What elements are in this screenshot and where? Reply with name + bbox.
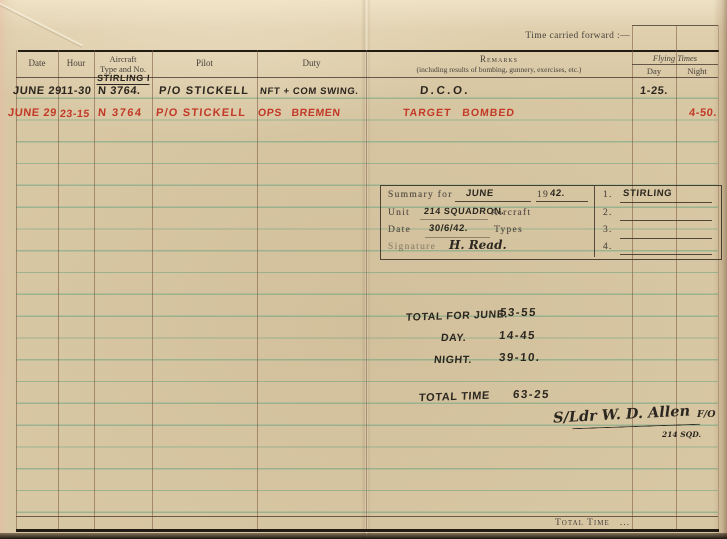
underline (620, 238, 712, 239)
footer-total-time-label: Total Time ... (470, 518, 630, 528)
entry-hour: 23-15 (59, 108, 90, 120)
header-pilot: Pilot (152, 58, 257, 68)
entry-date: JUNE 29 (7, 107, 57, 119)
header-remarks-title: Remarks (366, 54, 632, 64)
summary-year-value: 42. (550, 188, 566, 199)
column-divider (152, 50, 153, 530)
carried-forward-day-cell (633, 26, 675, 50)
type-item-num: 3. (603, 225, 613, 235)
type-item-num: 1. (603, 190, 613, 200)
header-day: Day (632, 66, 676, 76)
logbook-page: Time carried forward :— Date Hour Aircra… (0, 0, 727, 539)
column-divider (58, 50, 59, 530)
ruled-lines (16, 77, 718, 517)
flying-times-sub-rule (632, 64, 718, 65)
entry-day-time: 1-25. (639, 85, 668, 97)
header-aircraft-line1: Aircraft (94, 54, 152, 64)
underline (620, 220, 712, 221)
aircraft-types-label-2: Types (494, 225, 523, 235)
entry-pilot: P/O STICKELL (158, 85, 249, 97)
header-date: Date (16, 58, 58, 68)
date-value: 30/6/42. (429, 223, 469, 234)
column-divider (718, 25, 719, 530)
total-day-value: 14-45 (498, 330, 536, 342)
footer-separator-rule (16, 516, 718, 517)
header-duty: Duty (257, 58, 366, 68)
underline (620, 202, 712, 203)
aircraft-types-label-1: Aircraft (491, 208, 531, 218)
column-divider (257, 50, 258, 530)
total-night-label: NIGHT. (433, 354, 472, 366)
total-day-label: DAY. (440, 332, 466, 344)
carried-forward-night-cell (677, 26, 717, 50)
date-label: Date (388, 225, 411, 235)
underline (420, 219, 488, 220)
photo-bottom-edge (0, 533, 727, 539)
header-flying-times: Flying Times (632, 53, 718, 63)
table-top-rule (18, 50, 719, 52)
total-time-label: TOTAL TIME (419, 390, 491, 404)
unit-label: Unit (388, 208, 410, 218)
column-divider (676, 25, 677, 530)
total-night-value: 39-10. (498, 352, 541, 364)
underline (620, 254, 712, 255)
carried-forward-label: Time carried forward :— (430, 31, 630, 41)
header-remarks-sub: (including results of bombing, gunnery, … (366, 65, 632, 74)
entry-date: JUNE 29 (12, 85, 62, 97)
summary-box-divider (594, 186, 595, 257)
entry-pilot: P/O STICKELL (155, 107, 246, 119)
entry-aircraft: N 3764. (97, 85, 141, 97)
table-bottom-rule (16, 529, 719, 532)
co-rank-suffix: F/O (697, 409, 716, 420)
column-divider (94, 50, 95, 530)
type-item-value: STIRLING (623, 188, 673, 199)
corner-crease (0, 0, 83, 47)
entry-hour: 11-30 (60, 85, 92, 97)
total-time-value: 63-25 (512, 389, 550, 401)
summary-signature-value: H. Read. (449, 238, 507, 252)
type-item-num: 4. (603, 242, 613, 252)
entry-remarks: D.C.O. (419, 85, 470, 97)
entry-duty: NFT + COM SWING. (260, 86, 359, 97)
total-month-value: 53-55 (499, 307, 537, 319)
summary-year-prefix: 19 (537, 190, 549, 200)
column-divider (366, 50, 367, 530)
summary-month-value: JUNE (466, 188, 495, 199)
column-divider (16, 50, 17, 530)
entry-night-time: 4-50. (688, 107, 717, 119)
aircraft-type-note: STIRLING I (96, 73, 150, 85)
underline (536, 201, 588, 202)
header-night: Night (676, 66, 718, 76)
entry-aircraft: N 3764 (97, 107, 143, 119)
entry-duty: OPS BREMEN (257, 107, 341, 119)
type-item-num: 2. (603, 208, 613, 218)
header-hour: Hour (58, 58, 94, 68)
summary-label: Summary for (388, 190, 453, 200)
entry-remarks: TARGET BOMBED (402, 107, 515, 119)
co-unit: 214 SQD. (662, 430, 701, 439)
signature-label: Signature (388, 242, 436, 252)
underline (455, 201, 531, 202)
column-divider (632, 25, 633, 530)
